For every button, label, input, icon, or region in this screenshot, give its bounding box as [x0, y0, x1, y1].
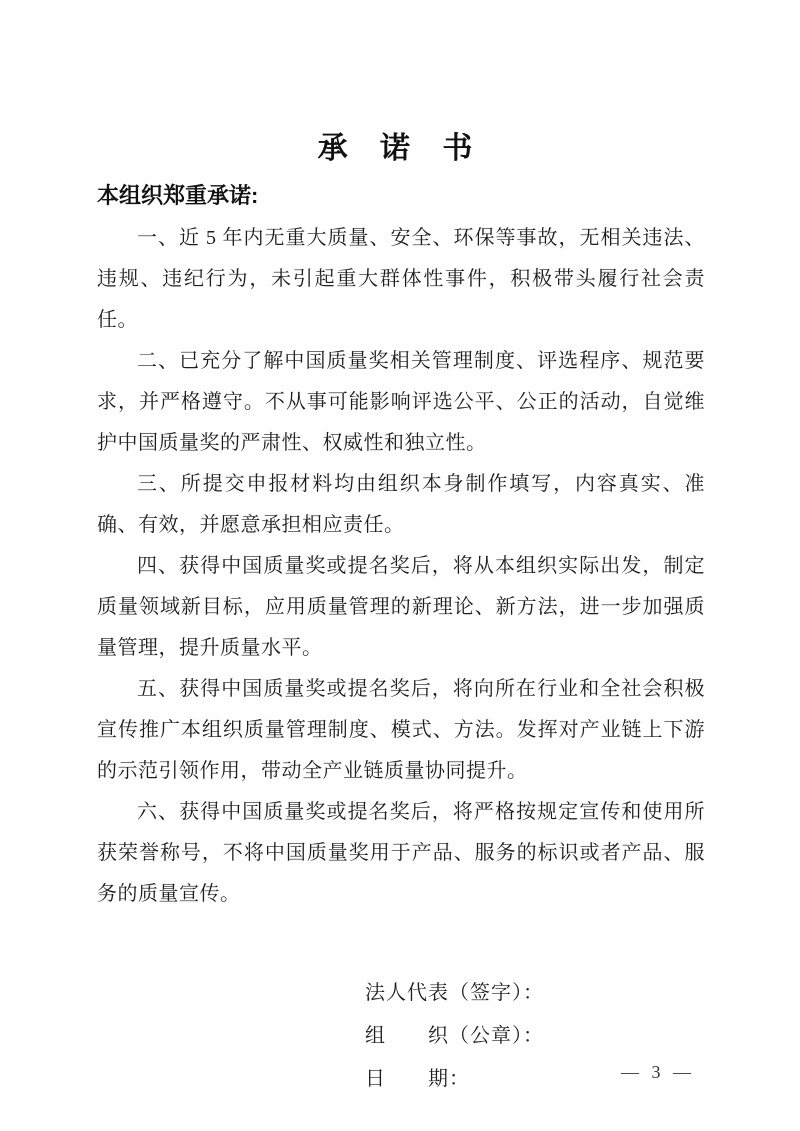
document-title: 承 诺 书 [97, 132, 705, 166]
paragraph-3: 三、所提交申报材料均由组织本身制作填写，内容真实、准确、有效，并愿意承担相应责任… [97, 464, 705, 546]
signature-organization-seal: 组 织（公章）： [365, 1015, 705, 1058]
paragraph-2: 二、已充分了解中国质量奖相关管理制度、评选程序、规范要求，并严格遵守。不从事可能… [97, 341, 705, 464]
paragraph-4: 四、获得中国质量奖或提名奖后，将从本组织实际出发，制定质量领域新目标，应用质量管… [97, 546, 705, 669]
paragraph-5: 五、获得中国质量奖或提名奖后，将向所在行业和全社会积极宣传推广本组织质量管理制度… [97, 669, 705, 792]
paragraph-list: 一、近 5 年内无重大质量、安全、环保等事故，无相关违法、违规、违纪行为，未引起… [97, 218, 705, 915]
signature-legal-representative: 法人代表（签字）： [365, 972, 705, 1015]
promise-heading: 本组织郑重承诺: [97, 182, 705, 210]
document-content: 承 诺 书 本组织郑重承诺: 一、近 5 年内无重大质量、安全、环保等事故，无相… [0, 0, 800, 1101]
paragraph-1: 一、近 5 年内无重大质量、安全、环保等事故，无相关违法、违规、违纪行为，未引起… [97, 218, 705, 341]
document-page: 承 诺 书 本组织郑重承诺: 一、近 5 年内无重大质量、安全、环保等事故，无相… [0, 0, 800, 1131]
page-number: — 3 — [621, 1062, 695, 1083]
paragraph-6: 六、获得中国质量奖或提名奖后，将严格按规定宣传和使用所获荣誉称号，不将中国质量奖… [97, 792, 705, 915]
